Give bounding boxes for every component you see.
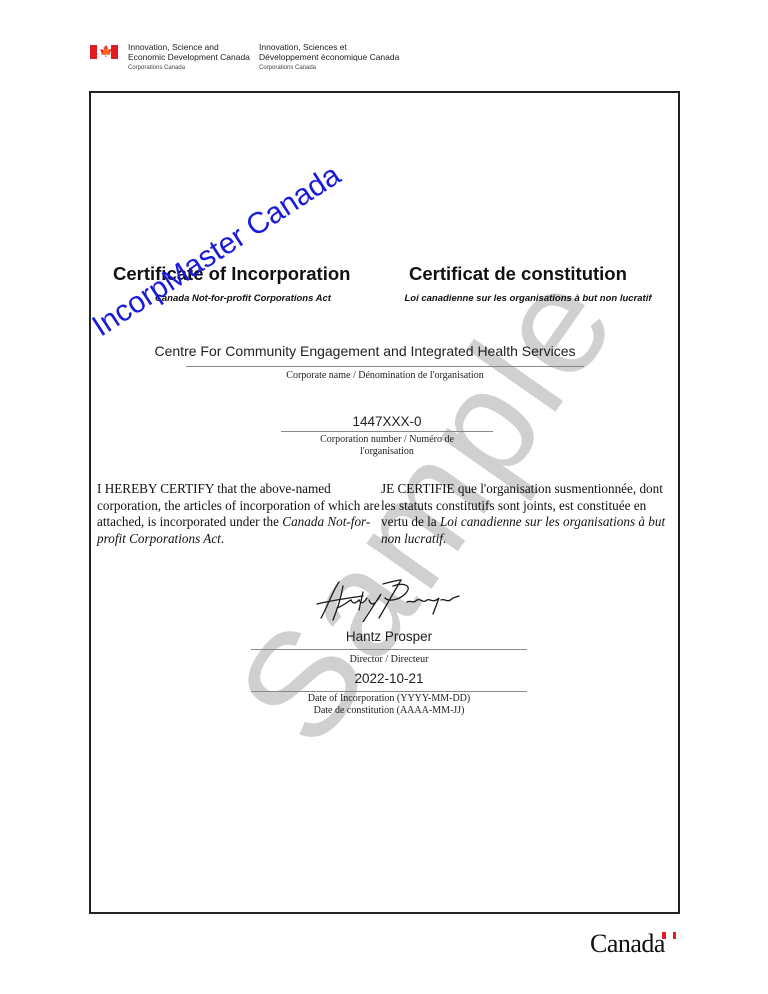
canada-flag-icon: 🍁 (90, 45, 118, 59)
certify-en-end: . (221, 531, 224, 546)
incorporation-date: 2022-10-21 (251, 671, 527, 686)
canada-wordmark: Canada (590, 929, 665, 959)
signatory-caption: Director / Directeur (251, 654, 527, 666)
corporate-name-caption: Corporate name / Dénomination de l'organ… (186, 370, 584, 382)
corporation-number: 1447XXX-0 (281, 414, 493, 429)
dept-en-sub: Corporations Canada (128, 64, 250, 74)
signatory-rule (251, 649, 527, 650)
date-rule (251, 691, 527, 692)
date-caption-fr: Date de constitution (AAAA-MM-JJ) (251, 705, 527, 717)
dept-en-line2: Economic Development Canada (128, 53, 250, 63)
title-fr: Certificat de constitution (409, 263, 627, 285)
certify-statement-en: I HEREBY CERTIFY that the above-named co… (97, 481, 381, 547)
signatory-name: Hantz Prosper (251, 629, 527, 644)
signature-image (313, 578, 463, 622)
certify-statement-fr: JE CERTIFIE que l'organisation susmentio… (381, 481, 671, 547)
certify-fr-end: . (443, 531, 446, 546)
dept-fr-sub: Corporations Canada (259, 64, 399, 74)
corp-number-caption-line1: Corporation number / Numéro de (281, 434, 493, 446)
corp-number-caption-line2: l'organisation (281, 446, 493, 458)
dept-fr-line2: Développement économique Canada (259, 53, 399, 63)
date-caption-en: Date of Incorporation (YYYY-MM-DD) (251, 693, 527, 705)
act-fr: Loi canadienne sur les organisations à b… (393, 293, 663, 305)
department-name-fr: Innovation, Sciences et Développement éc… (259, 43, 399, 74)
corporate-name: Centre For Community Engagement and Inte… (140, 343, 590, 359)
corporate-name-rule (186, 366, 584, 367)
wordmark-flag-icon (662, 932, 676, 939)
date-caption: Date of Incorporation (YYYY-MM-DD) Date … (251, 693, 527, 717)
corporation-number-caption: Corporation number / Numéro de l'organis… (281, 434, 493, 458)
corporation-number-rule (281, 431, 493, 432)
department-name-en: Innovation, Science and Economic Develop… (128, 43, 250, 74)
